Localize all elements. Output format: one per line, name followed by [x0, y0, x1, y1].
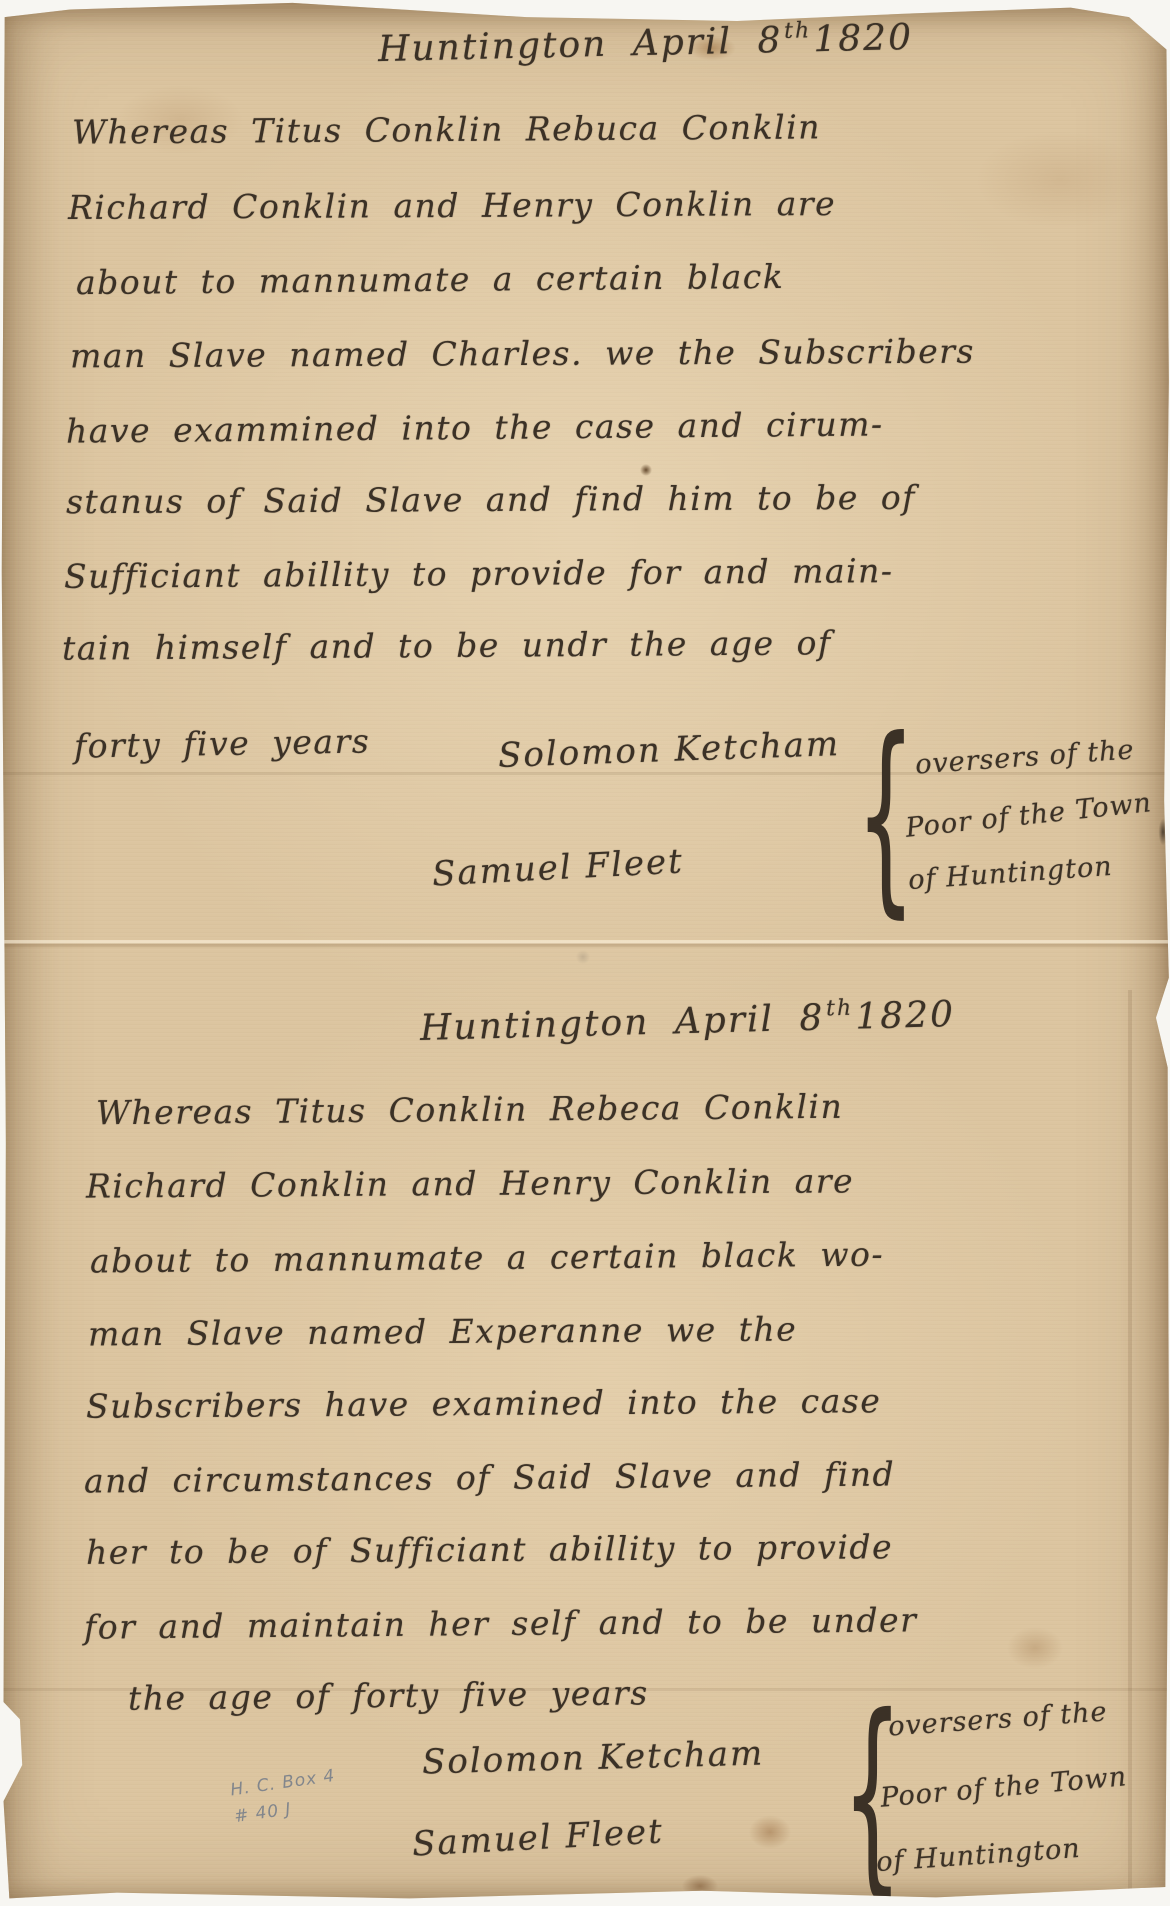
manuscript-line: have exammined into the case and cirum-	[66, 404, 884, 450]
manuscript-page: Huntington April 8th1820 Whereas Titus C…	[0, 0, 1170, 1906]
manuscript-line: tain himself and to be undr the age of	[62, 623, 832, 667]
letter-heading: Huntington April 8th1820	[378, 16, 914, 70]
manuscript-line: about to mannumate a certain black	[76, 257, 785, 302]
manuscript-line: Whereas Titus Conklin Rebeca Conklin	[96, 1087, 844, 1133]
manuscript-line: man Slave named Experanne we the	[88, 1310, 797, 1354]
manuscript-line: stanus of Said Slave and find him to be …	[66, 478, 916, 521]
heading-ordinal-suffix: th	[826, 996, 854, 1022]
fold-crease	[0, 940, 1170, 948]
bracket-line: of Huntington	[907, 851, 1113, 896]
signature-solomon-ketcham: Solomon Ketcham	[497, 724, 840, 776]
manuscript-line: Subscribers have examined into the case	[86, 1381, 882, 1426]
manuscript-line: Richard Conklin and Henry Conklin are	[86, 1161, 854, 1205]
letter-heading: Huntington April 8th1820	[420, 993, 956, 1049]
manuscript-line: forty five years	[74, 721, 371, 765]
signature-solomon-ketcham: Solomon Ketcham	[422, 1734, 765, 1783]
archival-pencil-note: H. C. Box 4 # 40 J	[229, 1763, 341, 1832]
heading-year: 1820	[813, 17, 914, 60]
heading-year: 1820	[855, 994, 956, 1038]
manuscript-line: and circumstances of Said Slave and find	[84, 1454, 895, 1500]
manuscript-line: Whereas Titus Conklin Rebuca Conklin	[72, 107, 821, 151]
manuscript-line: for and maintain her self and to be unde…	[84, 1600, 918, 1646]
bracket-line: Poor of the Town	[879, 1761, 1128, 1813]
manuscript-line: her to be of Sufficiant abillity to prov…	[86, 1527, 893, 1572]
manuscript-line: man Slave named Charles. we the Subscrib…	[70, 332, 975, 376]
bracket-line: oversers of the	[914, 734, 1135, 780]
heading-ordinal-suffix: th	[784, 18, 812, 44]
heading-place-date: Huntington April 8	[420, 997, 825, 1049]
heading-place-date: Huntington April 8	[378, 20, 783, 70]
signature-samuel-fleet: Samuel Fleet	[431, 841, 685, 894]
bracket-line: Poor of the Town	[904, 787, 1153, 844]
bracket-line: oversers of the	[887, 1696, 1108, 1742]
signature-samuel-fleet: Samuel Fleet	[411, 1811, 665, 1864]
manuscript-line: Sufficiant abillity to provide for and m…	[64, 551, 894, 596]
manuscript-line: about to mannumate a certain black wo-	[90, 1235, 884, 1281]
manuscript-line: the age of forty five years	[128, 1673, 649, 1717]
bracket-line: of Huntington	[875, 1833, 1081, 1878]
manuscript-line: Richard Conklin and Henry Conklin are	[68, 184, 836, 227]
fold-crease-vertical	[1128, 990, 1132, 1906]
